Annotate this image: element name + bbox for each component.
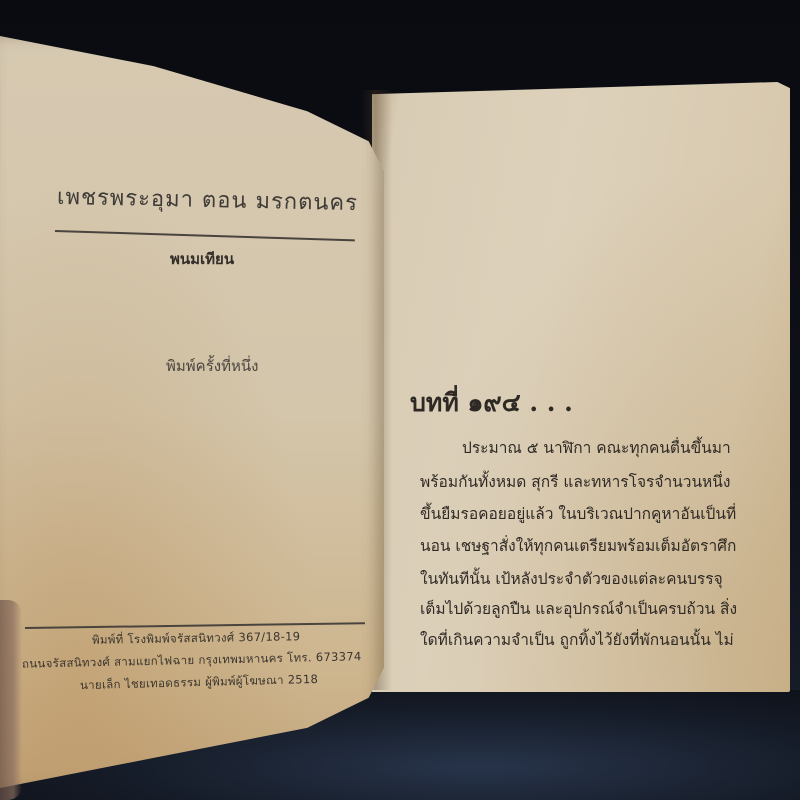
chapter-heading: บทที่ ๑๙๔ . . . (410, 383, 573, 423)
paragraph-line: นอน เชษฐาสั่งให้ทุกคนเตรียมพร้อมเต็มอัตร… (420, 533, 736, 558)
paragraph-line: ประมาณ ๕ นาฬิกา คณะทุกคนตื่นขึ้นมา (462, 435, 731, 460)
colophon-line-printer: พิมพ์ที่ โรงพิมพ์จรัสสนิทวงศ์ 367/18-19 (92, 628, 301, 650)
edition-label: พิมพ์ครั้งที่หนึ่ง (166, 354, 258, 378)
paragraph-line: เต็มไปด้วยลูกปืน และอุปกรณ์จำเป็นครบถ้วน… (420, 596, 737, 621)
author-name: พนมเทียน (170, 247, 234, 271)
book-title: เพชรพระอุมา ตอน มรกตนคร (57, 179, 359, 220)
paragraph-line: พร้อมกันทั้งหมด สุกรี และทหารโจรจำนวนหนึ… (420, 469, 730, 494)
paragraph-line: ขึ้นยืมรอคอยอยู่แล้ว ในบริเวณปากคูหาอันเ… (420, 501, 736, 526)
paragraph-line: ใดที่เกินความจำเป็น ถูกทิ้งไว้ยังที่พักน… (420, 627, 734, 652)
thumb-holding-page (0, 600, 22, 800)
paragraph-line: ในทันทีนั้น เป้หลังประจำตัวของแต่ละคนบรร… (420, 566, 723, 591)
